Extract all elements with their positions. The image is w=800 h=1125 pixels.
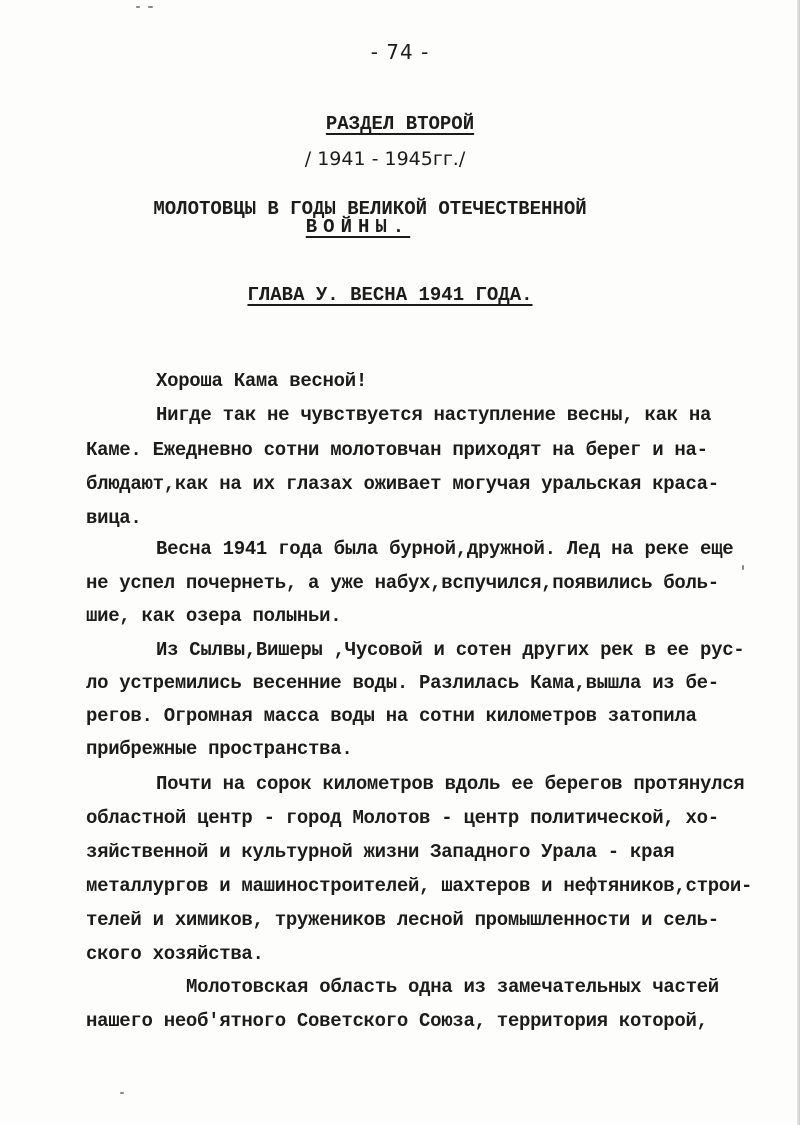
scan-speck [136, 6, 140, 8]
body-line: нашего необ'ятного Советского Союза, тер… [86, 1010, 708, 1032]
body-line: шие, как озера полыньи. [86, 605, 341, 627]
body-line: Почти на сорок километров вдоль ее берег… [156, 773, 744, 795]
typewritten-page: - 74 - РАЗДЕЛ ВТОРОЙ / 1941 - 1945гг./ М… [0, 0, 800, 1125]
body-line: прибрежные пространства. [86, 738, 352, 760]
body-line: ского хозяйства. [86, 943, 264, 965]
body-line: телей и химиков, тружеников лесной промы… [86, 909, 719, 931]
body-line: Хороша Кама весной! [156, 370, 367, 392]
scan-speck [148, 6, 153, 8]
body-line: Из Сылвы,Вишеры ,Чусовой и сотен других … [156, 639, 744, 661]
main-title-continuation-text: ВОЙНЫ. [306, 216, 410, 238]
chapter-title: ГЛАВА У. ВЕСНА 1941 ГОДА. [0, 284, 790, 306]
page-number: - 74 - [0, 40, 800, 64]
section-title: РАЗДЕЛ ВТОРОЙ [0, 113, 800, 135]
chapter-title-text: ГЛАВА У. ВЕСНА 1941 ГОДА. [247, 284, 532, 306]
section-title-text: РАЗДЕЛ ВТОРОЙ [326, 113, 474, 135]
main-title-continuation: ВОЙНЫ. [0, 216, 758, 238]
body-line: Весна 1941 года была бурной,дружной. Лед… [156, 538, 733, 560]
body-line: блюдают,как на их глазах оживает могучая… [86, 473, 719, 495]
body-line: Молотовская область одна из замечательны… [186, 976, 719, 998]
body-line: Каме. Ежедневно сотни молотовчан приходя… [86, 439, 708, 461]
scan-speck [120, 1092, 124, 1094]
body-line: регов. Огромная масса воды на сотни кило… [86, 705, 697, 727]
body-line: ло устремились весенние воды. Разлилась … [86, 672, 719, 694]
body-line: не успел почернеть, а уже набух,вспучилс… [86, 572, 719, 594]
body-line: областной центр - город Молотов - центр … [86, 807, 719, 829]
body-line: Нигде так не чувствуется наступление вес… [156, 404, 711, 426]
body-line: вица. [86, 507, 142, 529]
body-line: металлургов и машиностроителей, шахтеров… [86, 875, 752, 897]
years-range: / 1941 - 1945гг./ [0, 148, 785, 170]
body-line: зяйственной и культурной жизни Западного… [86, 841, 674, 863]
scan-speck [742, 565, 744, 570]
